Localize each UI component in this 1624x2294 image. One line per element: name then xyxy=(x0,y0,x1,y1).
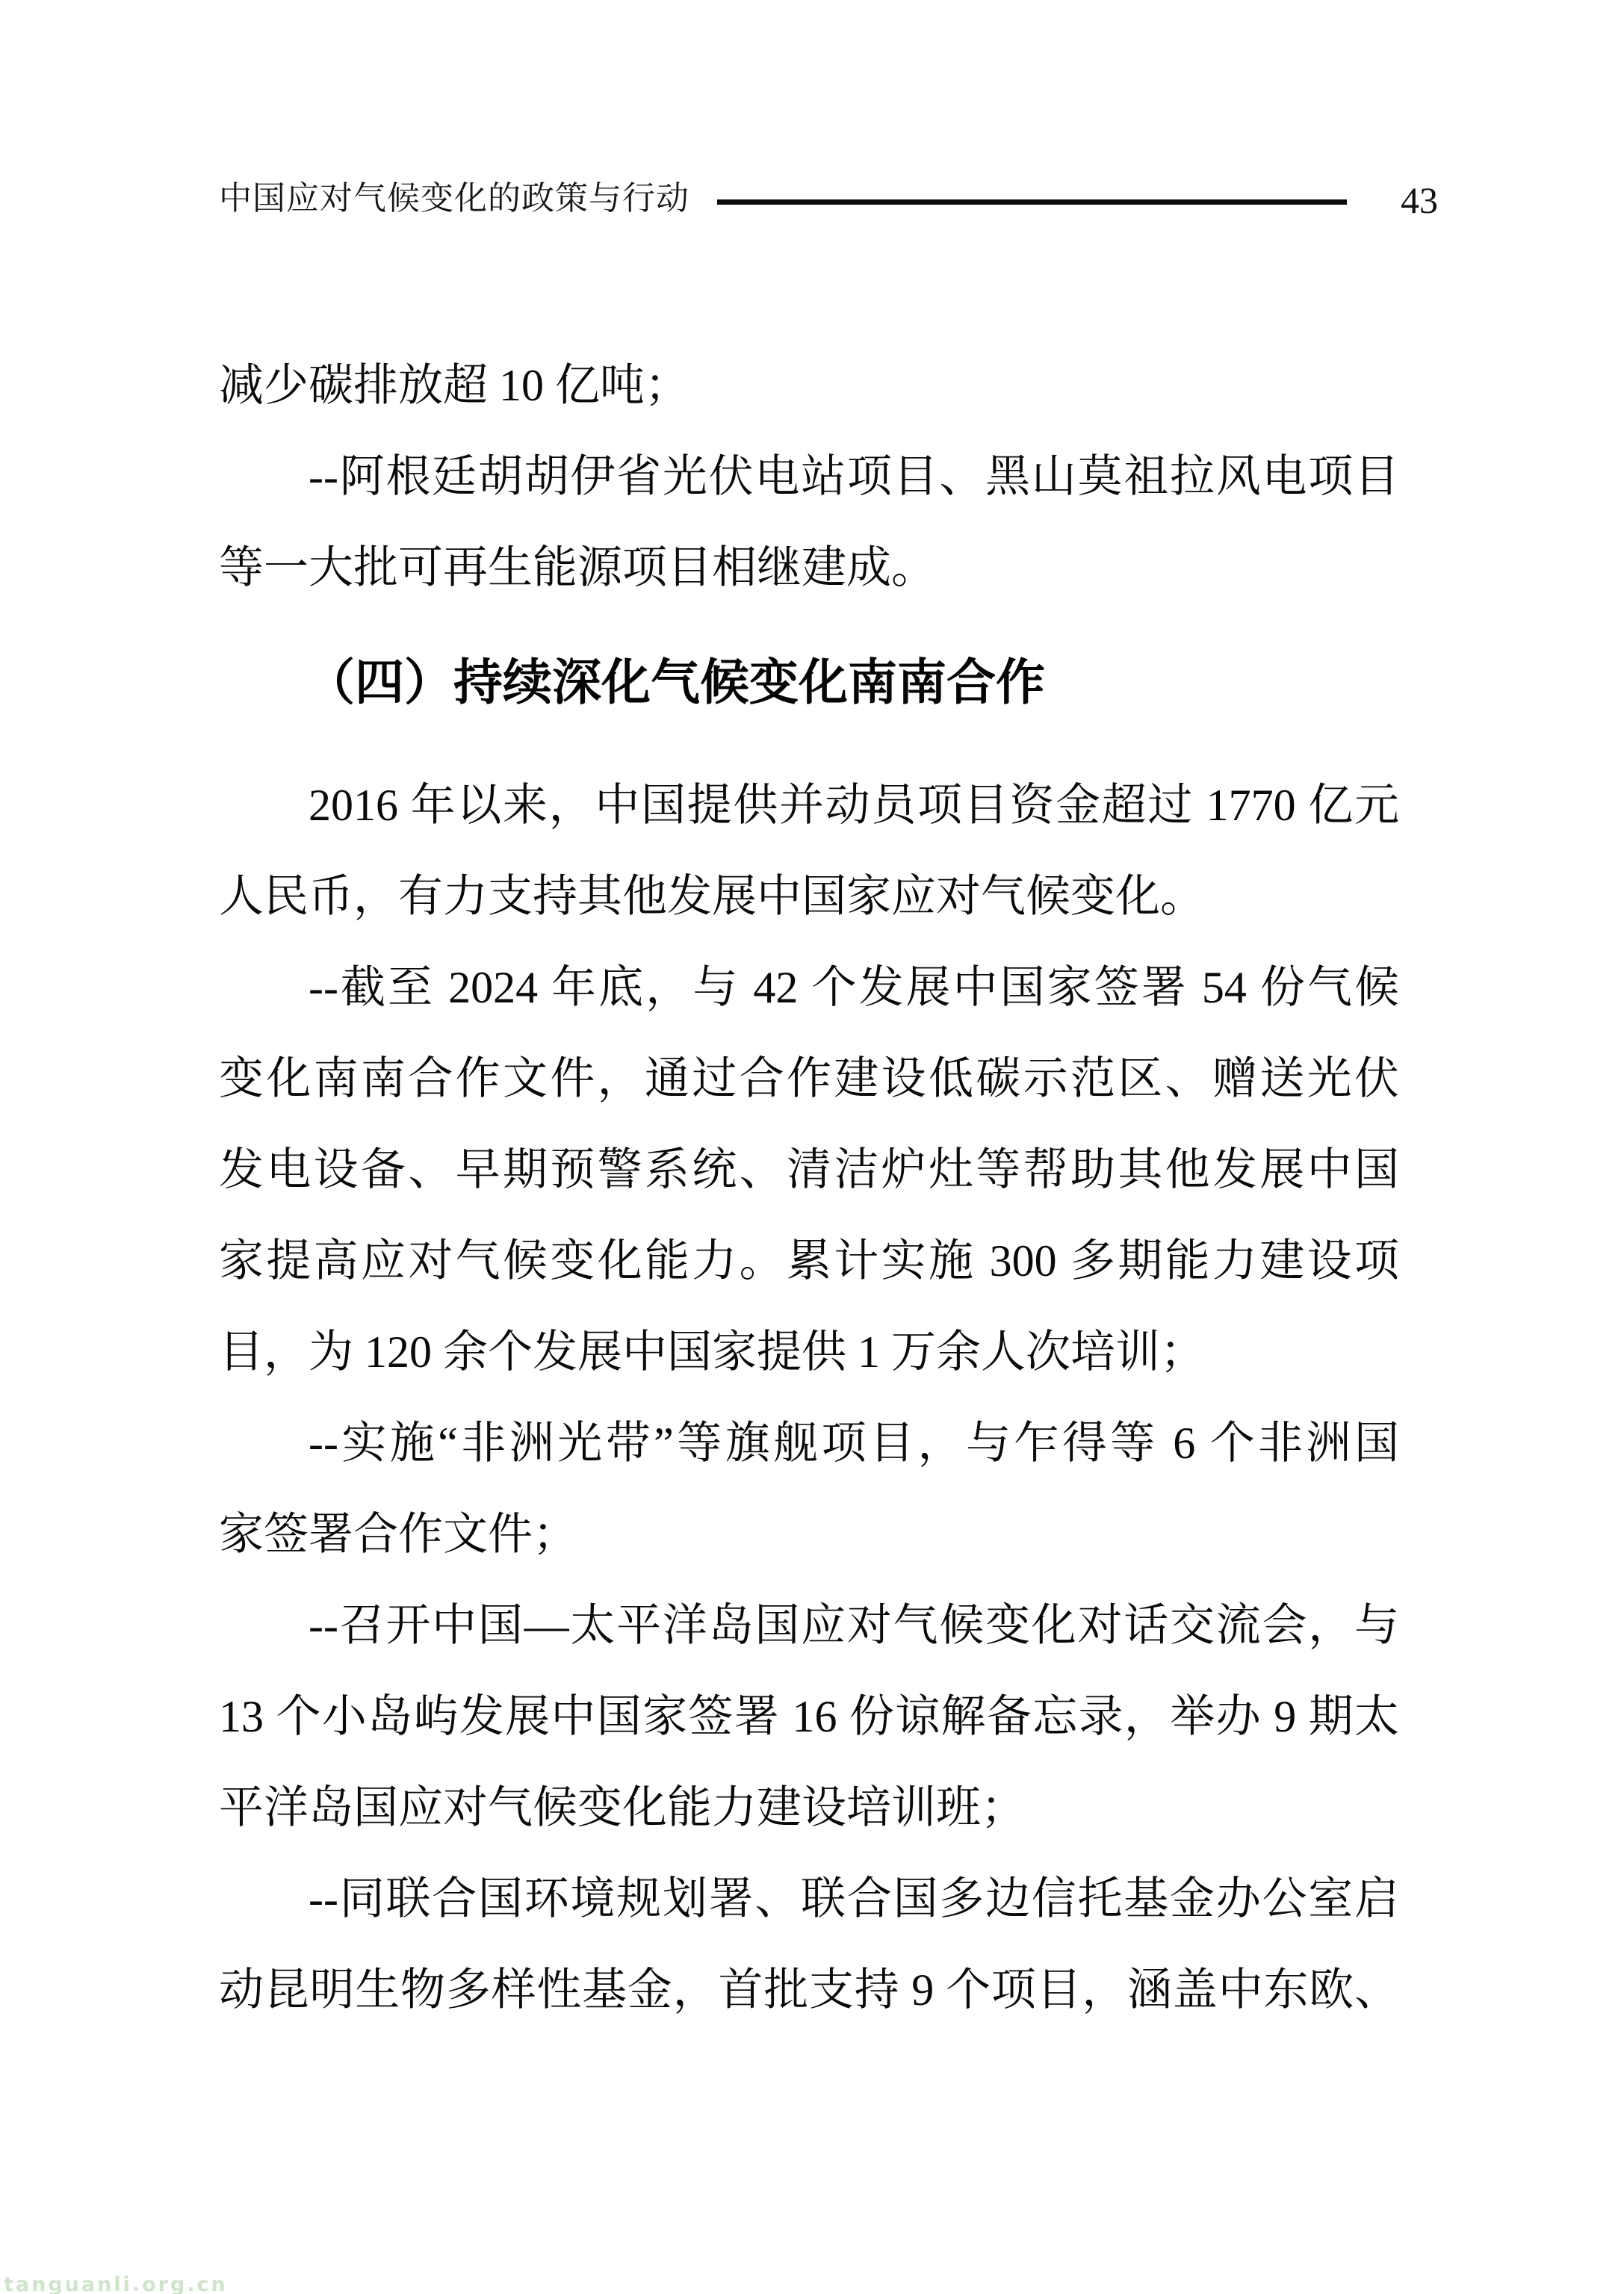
body-line: 家签署合作文件； xyxy=(219,1489,1399,1580)
body-line: --同联合国环境规划署、联合国多边信托基金办公室启 xyxy=(219,1853,1399,1944)
body-line: 减少碳排放超 10 亿吨； xyxy=(219,340,1399,431)
body-line: 变化南南合作文件，通过合作建设低碳示范区、赠送光伏 xyxy=(219,1033,1399,1124)
body-line: 发电设备、早期预警系统、清洁炉灶等帮助其他发展中国 xyxy=(219,1124,1399,1215)
document-page: 中国应对气候变化的政策与行动 43 减少碳排放超 10 亿吨； --阿根廷胡胡伊… xyxy=(0,0,1624,2294)
body-line: 动昆明生物多样性基金，首批支持 9 个项目，涵盖中东欧、 xyxy=(219,1944,1399,2036)
body-text: 减少碳排放超 10 亿吨； --阿根廷胡胡伊省光伏电站项目、黑山莫祖拉风电项目 … xyxy=(219,340,1399,2036)
section-heading: （四）持续深化气候变化南南合作 xyxy=(219,638,1399,729)
body-line: 家提高应对气候变化能力。累计实施 300 多期能力建设项 xyxy=(219,1215,1399,1306)
body-line: --截至 2024 年底，与 42 个发展中国家签署 54 份气候 xyxy=(219,942,1399,1033)
body-line: --阿根廷胡胡伊省光伏电站项目、黑山莫祖拉风电项目 xyxy=(219,431,1399,522)
body-line: 平洋岛国应对气候变化能力建设培训班； xyxy=(219,1762,1399,1853)
body-line: --召开中国—太平洋岛国应对气候变化对话交流会，与 xyxy=(219,1580,1399,1671)
body-line: 2016 年以来，中国提供并动员项目资金超过 1770 亿元 xyxy=(219,760,1399,851)
watermark: tanguanli.org.cn xyxy=(4,2273,228,2294)
body-line: 等一大批可再生能源项目相继建成。 xyxy=(219,522,1399,613)
body-line: 人民币，有力支持其他发展中国家应对气候变化。 xyxy=(219,851,1399,942)
header-rule xyxy=(717,199,1347,205)
running-header-title: 中国应对气候变化的政策与行动 xyxy=(219,182,689,215)
body-line: --实施“非洲光带”等旗舰项目，与乍得等 6 个非洲国 xyxy=(219,1398,1399,1489)
body-line: 目，为 120 余个发展中国家提供 1 万余人次培训； xyxy=(219,1306,1399,1398)
page-number: 43 xyxy=(1401,182,1438,219)
body-line: 13 个小岛屿发展中国家签署 16 份谅解备忘录，举办 9 期太 xyxy=(219,1671,1399,1762)
